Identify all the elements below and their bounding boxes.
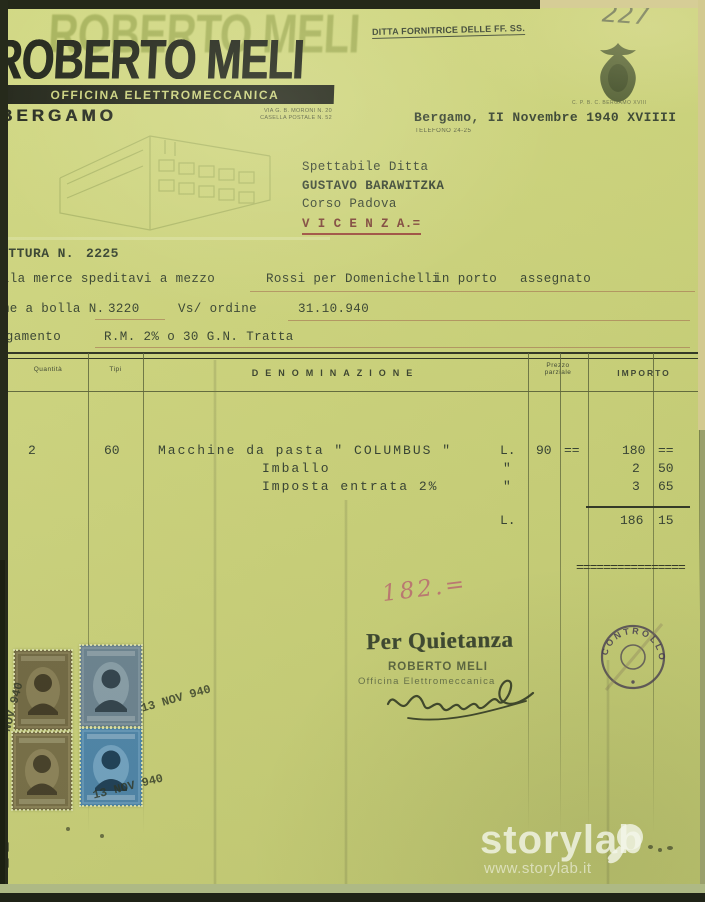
row2-currency: "	[503, 461, 511, 476]
photo-edge-right-lower	[700, 430, 705, 890]
col-header-quantita: Quantità	[8, 366, 88, 373]
total-currency: L.	[500, 513, 516, 528]
closing-double-rule: ================	[576, 560, 685, 575]
paper-crease	[213, 360, 217, 900]
payment-value: R.M. 2% o 30 G.N. Tratta	[104, 330, 294, 344]
row1-currency: L.	[500, 443, 516, 458]
recipient-salutation: Spettabile Ditta	[302, 158, 444, 177]
supplier-note: DITTA FORNITRICE DELLE FF. SS.	[372, 23, 525, 39]
revenue-stamp-brown-2	[12, 732, 72, 810]
order-date: 31.10.940	[298, 302, 369, 316]
paper-crease	[0, 237, 330, 240]
shipping-carrier: Rossi per Domenichelli	[266, 272, 440, 286]
handwritten-total: 182.=	[381, 571, 469, 607]
table-vline	[560, 353, 561, 833]
col-header-tipi: Tipi	[88, 366, 143, 373]
porto-value: assegnato	[520, 272, 591, 286]
recipient-street: Corso Padova	[302, 195, 444, 214]
cancellation-date: 13 NOV 940	[139, 682, 212, 715]
order-label: Vs/ ordine	[178, 302, 257, 316]
recipient-city: V I C E N Z A.=	[302, 215, 421, 236]
shipping-label: Della merce speditavi a mezzo	[0, 272, 215, 286]
paper-crease	[344, 500, 348, 902]
invoice-number: 2225	[86, 246, 119, 261]
eagle-emblem-icon	[592, 40, 644, 104]
form-rule	[95, 319, 165, 320]
row3-currency: "	[503, 479, 511, 494]
row1-tipo: 60	[104, 443, 120, 458]
photo-edge-bottom	[0, 893, 705, 902]
col-header-denominazione: DENOMINAZIONE	[143, 368, 528, 378]
porto-label: in porto	[434, 272, 497, 286]
table-top-rule	[6, 352, 701, 359]
form-rule	[95, 347, 690, 348]
bolla-label: Come a bolla N.	[0, 302, 105, 316]
letterhead-title: ROBERTO MELI	[0, 27, 305, 92]
invoice-photo: ROBERTO MELI ROBERTO MELI OFFICINA ELETT…	[0, 0, 705, 902]
col-header-importo: IMPORTO	[588, 368, 700, 378]
photo-edge-top	[0, 0, 540, 9]
row3-amount-cents: 65	[658, 479, 674, 494]
quietanza-stamp: Per Quietanza	[366, 627, 514, 656]
watermark-dot	[648, 845, 653, 849]
table-vline	[143, 353, 144, 833]
row3-amount-lire: 3	[632, 479, 640, 494]
row2-description: Imballo	[262, 461, 331, 476]
phone-line: TELEFONO 24-25	[415, 128, 471, 134]
dateline: Bergamo, II Novembre 1940 XVIIII	[414, 110, 676, 125]
watermark-dot	[667, 846, 673, 850]
recipient-block: Spettabile Ditta GUSTAVO BARAWITZKA Cors…	[302, 158, 444, 235]
row1-price-cents: ==	[564, 443, 580, 458]
photo-edge-top-right	[540, 0, 705, 8]
row1-amount-lire: 180	[622, 443, 645, 458]
table-vline	[653, 353, 654, 833]
ink-dot	[100, 834, 104, 838]
payment-label: Pagamento	[0, 330, 61, 344]
table-header-rule	[6, 391, 701, 392]
emblem-caption: C. P. B. C. BERGAMO XVIII	[572, 100, 647, 106]
col-header-prezzo: Prezzo parziale	[528, 362, 588, 376]
photo-edge-left-dark	[0, 560, 5, 902]
total-lire: 186	[620, 513, 643, 528]
row3-description: Imposta entrata 2%	[262, 479, 438, 494]
signature-scribble	[380, 672, 540, 727]
row1-qty: 2	[28, 443, 36, 458]
table-vline	[588, 353, 589, 833]
watermark-lens-icon	[604, 822, 654, 868]
row2-amount-cents: 50	[658, 461, 674, 476]
recipient-name: GUSTAVO BARAWITZKA	[302, 177, 444, 196]
row1-description: Macchine da pasta " COLUMBUS "	[158, 443, 452, 458]
table-vline	[528, 353, 529, 833]
total-rule	[586, 506, 690, 508]
col-header-prezzo-line1: Prezzo	[528, 362, 588, 369]
col-header-prezzo-line2: parziale	[528, 369, 588, 376]
total-cents: 15	[658, 513, 674, 528]
factory-illustration	[55, 118, 280, 233]
row1-price-lire: 90	[536, 443, 552, 458]
watermark-url: www.storylab.it	[484, 860, 592, 877]
row1-amount-cents: ==	[658, 443, 674, 458]
ink-dot	[66, 827, 70, 831]
form-rule	[250, 291, 695, 292]
revenue-stamp-bluegray	[80, 645, 142, 727]
invoice-number-label: FATTURA N.	[0, 246, 74, 261]
form-rule	[288, 320, 690, 321]
photo-edge-right	[698, 0, 705, 430]
letterhead-subtitle-band: OFFICINA ELETTROMECCANICA	[0, 85, 334, 104]
bolla-number: 3220	[108, 302, 140, 316]
watermark-dot	[658, 848, 662, 852]
row2-amount-lire: 2	[632, 461, 640, 476]
